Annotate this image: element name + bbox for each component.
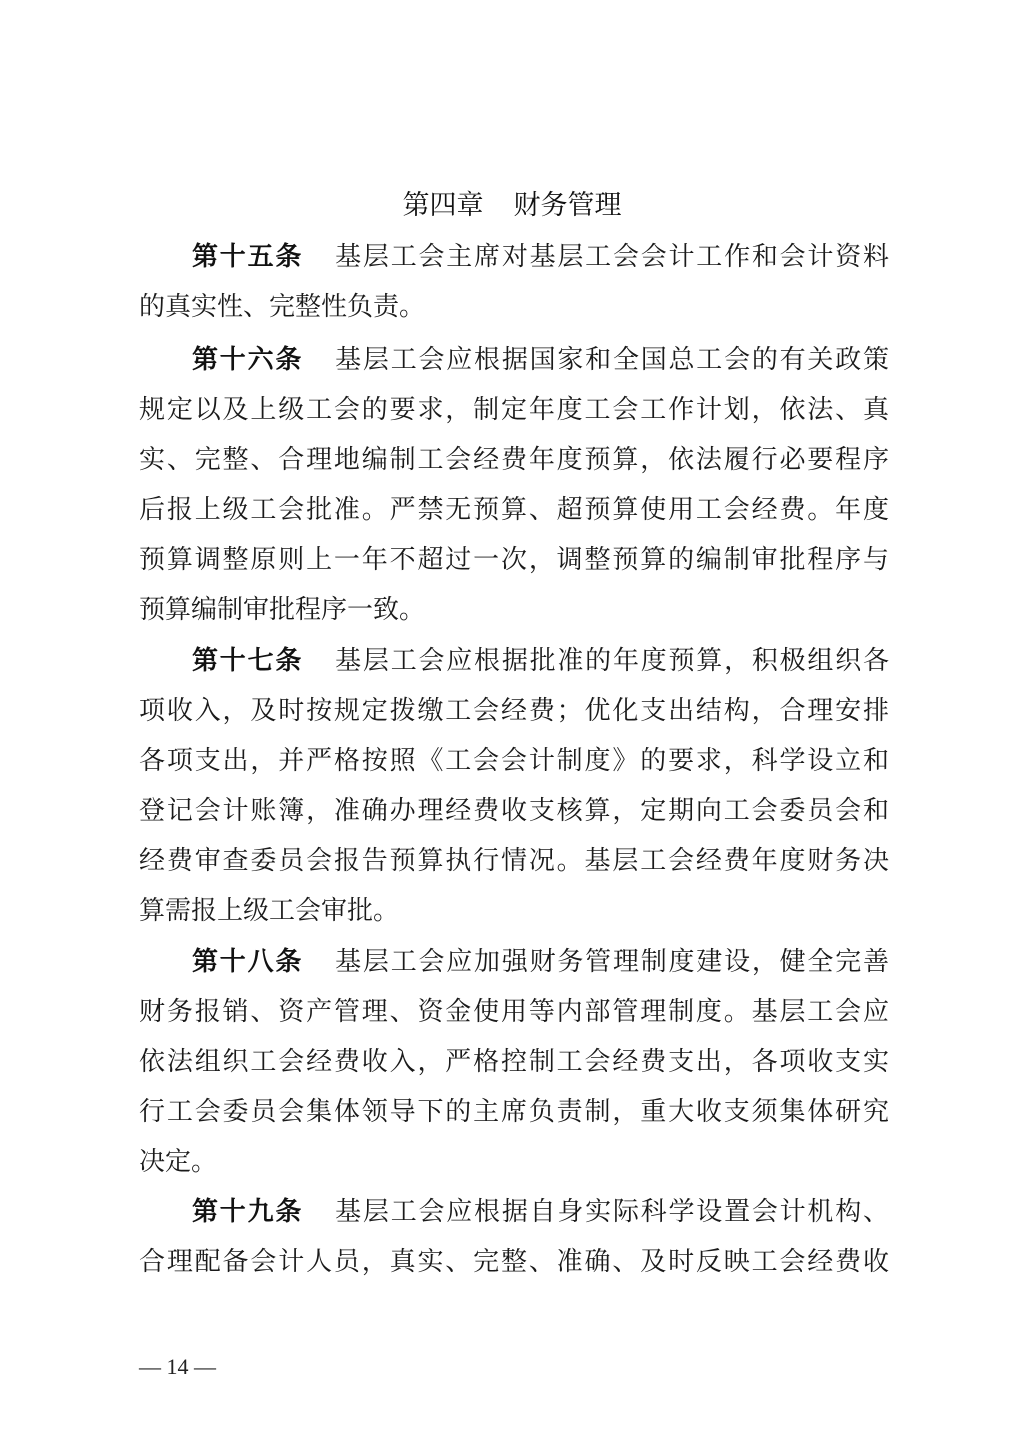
article-16-line-5: 预算调整原则上一年不超过一次，调整预算的编制审批程序与 — [139, 540, 889, 580]
article-number: 第十六条 — [192, 345, 303, 375]
article-18-line-1: 第十八条基层工会应加强财务管理制度建设，健全完善 — [192, 942, 889, 982]
page-number: — 14 — — [139, 1352, 216, 1382]
chapter-name: 财务管理 — [514, 190, 622, 221]
article-18-line-4: 行工会委员会集体领导下的主席负责制，重大收支须集体研究 — [139, 1092, 889, 1132]
article-17-line-4: 登记会计账簿，准确办理经费收支核算，定期向工会委员会和 — [139, 791, 889, 831]
article-text: 基层工会应根据批准的年度预算，积极组织各 — [335, 646, 889, 676]
article-16-line-4: 后报上级工会批准。严禁无预算、超预算使用工会经费。年度 — [139, 490, 889, 530]
article-19-line-2: 合理配备会计人员，真实、完整、准确、及时反映工会经费收 — [139, 1242, 889, 1282]
article-text: 基层工会应根据自身实际科学设置会计机构、 — [335, 1197, 889, 1227]
article-17-line-3: 各项支出，并严格按照《工会会计制度》的要求，科学设立和 — [139, 741, 889, 781]
article-18-line-2: 财务报销、资产管理、资金使用等内部管理制度。基层工会应 — [139, 992, 889, 1032]
article-17-line-5: 经费审查委员会报告预算执行情况。基层工会经费年度财务决 — [139, 841, 889, 881]
article-17-line-1: 第十七条基层工会应根据批准的年度预算，积极组织各 — [192, 641, 889, 681]
article-17-line-6: 算需报上级工会审批。 — [139, 891, 889, 931]
article-18-line-5: 决定。 — [139, 1142, 889, 1182]
article-16-line-6: 预算编制审批程序一致。 — [139, 590, 889, 630]
article-18-line-3: 依法组织工会经费收入，严格控制工会经费支出，各项收支实 — [139, 1042, 889, 1082]
article-text: 基层工会应加强财务管理制度建设，健全完善 — [335, 947, 889, 977]
article-16-line-3: 实、完整、合理地编制工会经费年度预算，依法履行必要程序 — [139, 440, 889, 480]
article-16-line-1: 第十六条基层工会应根据国家和全国总工会的有关政策 — [192, 340, 889, 380]
article-17-line-2: 项收入，及时按规定拨缴工会经费；优化支出结构，合理安排 — [139, 691, 889, 731]
article-number: 第十五条 — [192, 242, 303, 272]
document-page: 第四章财务管理 第十五条基层工会主席对基层工会会计工作和会计资料 的真实性、完整… — [0, 0, 1024, 1448]
article-16-line-2: 规定以及上级工会的要求，制定年度工会工作计划，依法、真 — [139, 390, 889, 430]
chapter-title: 第四章财务管理 — [0, 186, 1024, 226]
article-text: 基层工会主席对基层工会会计工作和会计资料 — [335, 242, 889, 272]
chapter-number: 第四章 — [403, 190, 484, 221]
article-text: 基层工会应根据国家和全国总工会的有关政策 — [335, 345, 889, 375]
article-15-line-1: 第十五条基层工会主席对基层工会会计工作和会计资料 — [192, 237, 889, 277]
article-number: 第十九条 — [192, 1197, 303, 1227]
article-15-line-2: 的真实性、完整性负责。 — [139, 287, 889, 327]
article-number: 第十七条 — [192, 646, 303, 676]
article-number: 第十八条 — [192, 947, 303, 977]
article-19-line-1: 第十九条基层工会应根据自身实际科学设置会计机构、 — [192, 1192, 889, 1232]
